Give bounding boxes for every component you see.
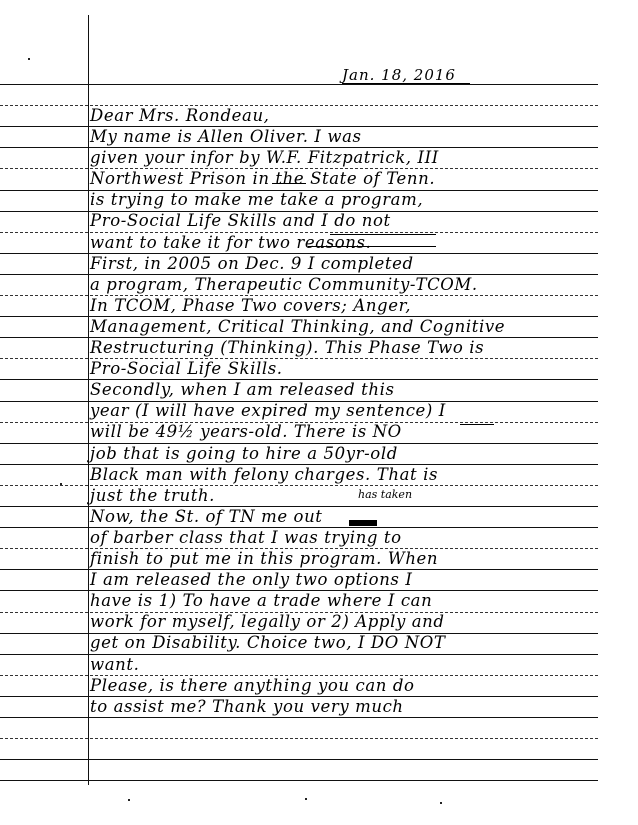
letter-line: want to take it for two reasons. bbox=[90, 235, 371, 252]
scan-speck bbox=[440, 802, 442, 804]
letter-line: a program, Therapeutic Community-TCOM. bbox=[90, 277, 478, 294]
roman-numeral-underline bbox=[272, 183, 306, 184]
date-underline bbox=[342, 83, 470, 84]
letter-line: just the truth. bbox=[90, 488, 215, 505]
letter-line: want. bbox=[90, 657, 139, 674]
letter-line: Restructuring (Thinking). This Phase Two… bbox=[90, 340, 484, 357]
letter-line: to assist me? Thank you very much bbox=[90, 699, 404, 716]
letter-line: Pro-Social Life Skills. bbox=[90, 361, 283, 378]
letter-line: Please, is there anything you can do bbox=[90, 678, 415, 695]
letter-line: job that is going to hire a 50yr-old bbox=[90, 446, 398, 463]
letter-line: is trying to make me take a program, bbox=[90, 192, 423, 209]
letter-line: work for myself, legally or 2) Apply and bbox=[90, 614, 445, 631]
letter-line: of barber class that I was trying to bbox=[90, 530, 402, 547]
scan-speck bbox=[305, 798, 307, 800]
letter-line: Now, the St. of TN me out bbox=[90, 509, 323, 526]
salutation: Dear Mrs. Rondeau, bbox=[90, 108, 270, 125]
ruled-line bbox=[0, 759, 598, 760]
struck-out-word bbox=[349, 520, 377, 526]
margin-line bbox=[88, 15, 89, 785]
letter-line: Northwest Prison in the State of Tenn. bbox=[90, 171, 435, 188]
no-underline bbox=[460, 424, 494, 425]
letter-line: Pro-Social Life Skills and I do not bbox=[90, 213, 391, 230]
letter-line: First, in 2005 on Dec. 9 I completed bbox=[90, 256, 414, 273]
letter-line: In TCOM, Phase Two covers; Anger, bbox=[90, 298, 411, 315]
letter-line: My name is Allen Oliver. I was bbox=[90, 129, 362, 146]
ruled-line bbox=[0, 780, 598, 781]
do-not-underline-2 bbox=[308, 246, 436, 247]
letter-line: will be 49½ years-old. There is NO bbox=[90, 424, 402, 441]
letter-line: get on Disability. Choice two, I DO NOT bbox=[90, 635, 446, 652]
letter-line: given your infor by W.F. Fitzpatrick, II… bbox=[90, 150, 439, 167]
ruled-line bbox=[0, 717, 598, 718]
ruled-line bbox=[0, 84, 598, 85]
letter-page: Jan. 18, 2016 Dear Mrs. Rondeau, My name… bbox=[0, 0, 638, 825]
ruled-line bbox=[0, 738, 598, 739]
letter-line: I am released the only two options I bbox=[90, 572, 412, 589]
do-not-underline bbox=[330, 234, 436, 235]
letter-line: Black man with felony charges. That is bbox=[90, 467, 438, 484]
letter-line: have is 1) To have a trade where I can bbox=[90, 593, 432, 610]
scan-speck bbox=[60, 483, 62, 485]
letter-line: Management, Critical Thinking, and Cogni… bbox=[90, 319, 505, 336]
letter-date: Jan. 18, 2016 bbox=[342, 66, 456, 84]
inserted-text: has taken bbox=[358, 488, 412, 501]
letter-line: Secondly, when I am released this bbox=[90, 382, 395, 399]
scan-speck bbox=[128, 799, 130, 801]
letter-line: finish to put me in this program. When bbox=[90, 551, 438, 568]
scan-speck bbox=[28, 58, 30, 60]
letter-line: year (I will have expired my sentence) I bbox=[90, 403, 446, 420]
